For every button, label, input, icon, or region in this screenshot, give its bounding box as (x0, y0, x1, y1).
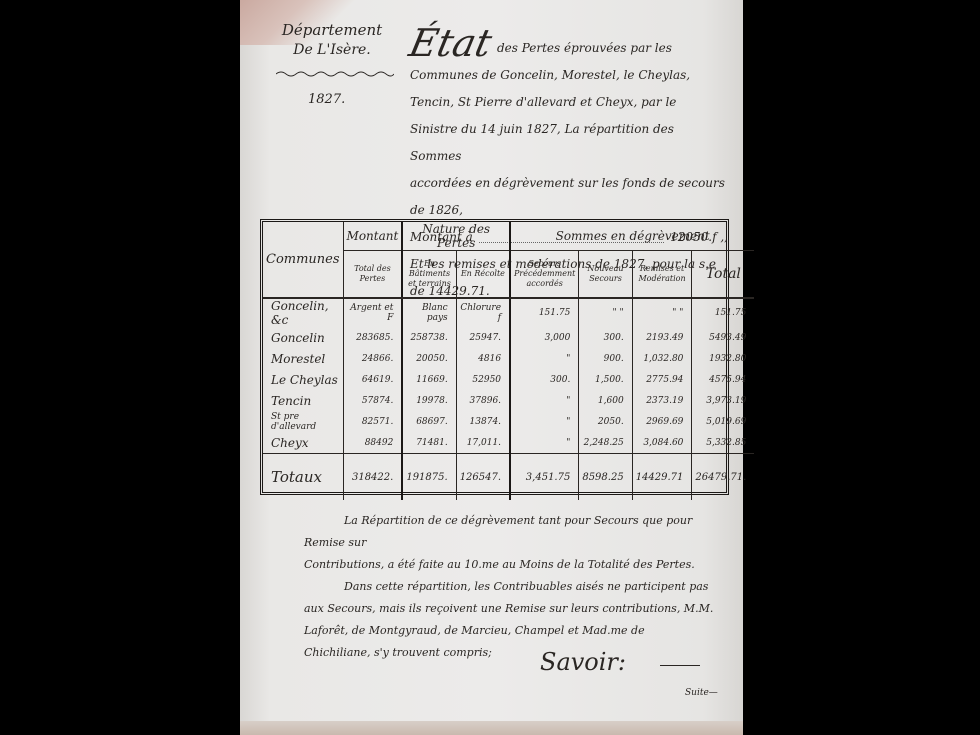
total-remises: 14429.71 (632, 454, 692, 501)
total-nouveau: 8598.25 (579, 454, 632, 501)
body-line1: La Répartition de ce dégrèvement tant po… (304, 510, 734, 554)
cell-nouveau: " " (579, 298, 632, 327)
cell-total-pertes: 64619. (343, 369, 402, 390)
header-communes: Communes (263, 222, 343, 298)
department-line1: Département (262, 20, 402, 40)
suite-catchword: Suite— (685, 688, 718, 698)
header-total: Total (692, 251, 754, 299)
header-nature: Nature des Pertes (402, 222, 510, 251)
cell-remises: 1,032.80 (632, 348, 692, 369)
cell-total-pertes: 283685. (343, 327, 402, 348)
cell-total: 5,019.69 (692, 411, 754, 432)
cell-recolte: Chlorure f (456, 298, 510, 327)
commune-name: Cheyx (263, 432, 343, 454)
header-remises: Remises et Modération (632, 251, 692, 299)
title-line2: Communes de Goncelin, Morestel, le Cheyl… (410, 62, 728, 89)
losses-table: Communes Montant Nature des Pertes Somme… (260, 219, 729, 495)
commune-name: Goncelin (263, 327, 343, 348)
title-line5: accordées en dégrèvement sur les fonds d… (410, 170, 728, 224)
commune-name: St pre d'allevard (263, 411, 343, 432)
cell-secours-prec: " (510, 348, 579, 369)
cell-secours-prec: 151.75 (510, 298, 579, 327)
cell-batiments: 11669. (402, 369, 456, 390)
cell-total: 5493.49 (692, 327, 754, 348)
totals-row: Totaux 318422. 191875. 126547. 3,451.75 … (263, 454, 754, 501)
cell-total-pertes: Argent et F (343, 298, 402, 327)
table-row: St pre d'allevard 82571. 68697. 13874. "… (263, 411, 754, 432)
body-line6: Chichiliane, s'y trouvent compris; (304, 642, 734, 664)
header-nouveau-secours: Nouveau Secours (579, 251, 632, 299)
cell-recolte: 13874. (456, 411, 510, 432)
body-paragraph: La Répartition de ce dégrèvement tant po… (304, 510, 734, 664)
table-row: Morestel 24866. 20050. 4816 " 900. 1,032… (263, 348, 754, 369)
header-total-pertes: Total des Pertes (343, 251, 402, 299)
title-line4: Sinistre du 14 juin 1827, La répartition… (410, 116, 728, 170)
cell-total-pertes: 57874. (343, 390, 402, 411)
header-sommes: Sommes en dégrèvement (510, 222, 754, 251)
cell-secours-prec: " (510, 411, 579, 432)
totals-label: Totaux (263, 454, 343, 501)
cell-batiments: 19978. (402, 390, 456, 411)
department-line2: De L'Isère. (262, 40, 402, 60)
header-batiments: En Bâtiments et terrains (402, 251, 456, 299)
header-secours-precedents: Secours Précédemment accordés (510, 251, 579, 299)
header-montant: Montant (343, 222, 402, 251)
cell-batiments: 258738. (402, 327, 456, 348)
cell-total: 3,973.19 (692, 390, 754, 411)
cell-batiments: Blanc pays (402, 298, 456, 327)
cell-secours-prec: 3,000 (510, 327, 579, 348)
cell-recolte: 37896. (456, 390, 510, 411)
body-line3: Dans cette répartition, les Contribuable… (304, 576, 734, 598)
department-heading: Département De L'Isère. (262, 20, 402, 60)
total-total: 26479.71. (692, 454, 754, 501)
cell-batiments: 71481. (402, 432, 456, 454)
page-bottom-edge (240, 721, 743, 735)
total-batiments: 191875. (402, 454, 456, 501)
cell-secours-prec: " (510, 432, 579, 454)
cell-batiments: 20050. (402, 348, 456, 369)
document-page: Département De L'Isère. 1827. Étatdes Pe… (240, 0, 743, 735)
cell-remises: 2969.69 (632, 411, 692, 432)
cell-remises: 2373.19 (632, 390, 692, 411)
total-total-pertes: 318422. (343, 454, 402, 501)
year: 1827. (308, 92, 345, 107)
cell-remises: 2193.49 (632, 327, 692, 348)
total-recolte: 126547. (456, 454, 510, 501)
commune-name: Morestel (263, 348, 343, 369)
cell-nouveau: 2,248.25 (579, 432, 632, 454)
commune-name: Le Cheylas (263, 369, 343, 390)
cell-remises: 3,084.60 (632, 432, 692, 454)
table-row: Le Cheylas 64619. 11669. 52950 300. 1,50… (263, 369, 754, 390)
cell-secours-prec: 300. (510, 369, 579, 390)
cell-total-pertes: 24866. (343, 348, 402, 369)
title-line3: Tencin, St Pierre d'allevard et Cheyx, p… (410, 89, 728, 116)
header-recolte: En Récolte (456, 251, 510, 299)
cell-total: 151.75 (692, 298, 754, 327)
cell-recolte: 52950 (456, 369, 510, 390)
table-row: Goncelin, &c Argent et F Blanc pays Chlo… (263, 298, 754, 327)
cell-recolte: 4816 (456, 348, 510, 369)
cell-nouveau: 300. (579, 327, 632, 348)
body-line4: aux Secours, mais ils reçoivent une Remi… (304, 598, 734, 620)
cell-nouveau: 900. (579, 348, 632, 369)
table-row: Cheyx 88492 71481. 17,011. " 2,248.25 3,… (263, 432, 754, 454)
cell-total-pertes: 88492 (343, 432, 402, 454)
cell-total: 1932.80 (692, 348, 754, 369)
cell-secours-prec: " (510, 390, 579, 411)
table-row: Goncelin 283685. 258738. 25947. 3,000 30… (263, 327, 754, 348)
squiggle-divider (276, 70, 394, 78)
cell-nouveau: 1,600 (579, 390, 632, 411)
body-line5: Laforêt, de Montgyraud, de Marcieu, Cham… (304, 620, 734, 642)
cell-total-pertes: 82571. (343, 411, 402, 432)
cell-total: 4575.94 (692, 369, 754, 390)
cell-remises: " " (632, 298, 692, 327)
title-line1: des Pertes éprouvées par les (497, 41, 672, 55)
table-row: Tencin 57874. 19978. 37896. " 1,600 2373… (263, 390, 754, 411)
cell-nouveau: 2050. (579, 411, 632, 432)
cell-total: 5,332.85 (692, 432, 754, 454)
cell-recolte: 25947. (456, 327, 510, 348)
total-secours-prec: 3,451.75 (510, 454, 579, 501)
body-line2: Contributions, a été faite au 10.me au M… (304, 554, 734, 576)
cell-remises: 2775.94 (632, 369, 692, 390)
dash-divider (660, 665, 700, 666)
cell-nouveau: 1,500. (579, 369, 632, 390)
commune-name: Tencin (263, 390, 343, 411)
cell-batiments: 68697. (402, 411, 456, 432)
commune-name: Goncelin, &c (263, 298, 343, 327)
savoir-heading: Savoir: (540, 648, 626, 676)
title-word: État (407, 30, 494, 57)
cell-recolte: 17,011. (456, 432, 510, 454)
